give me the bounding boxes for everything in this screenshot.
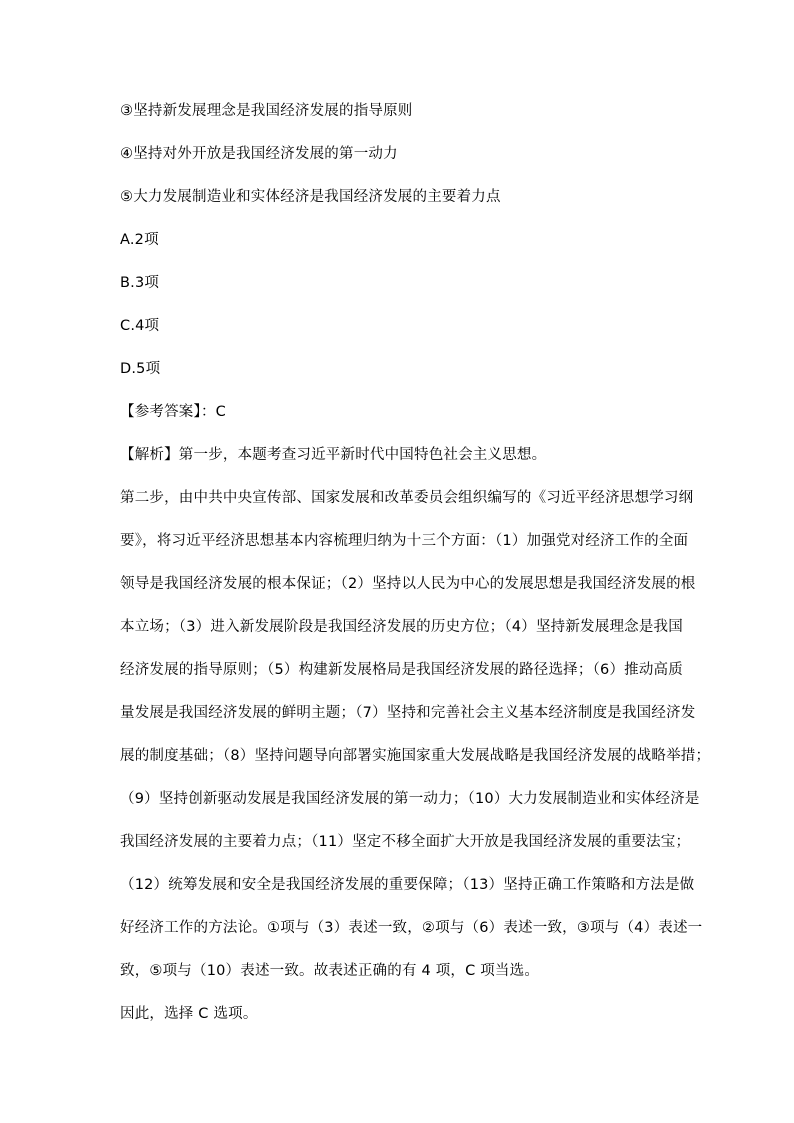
- option-a: A.2项: [120, 219, 684, 262]
- analysis-line: 本立场；（3）进入新发展阶段是我国经济发展的历史方位；（4）坚持新发展理念是我国: [120, 606, 684, 649]
- analysis-line: 我国经济发展的主要着力点；（11）坚定不移全面扩大开放是我国经济发展的重要法宝；: [120, 821, 684, 864]
- analysis-line: 致，⑤项与（10）表述一致。故表述正确的有 4 项，C 项当选。: [120, 950, 684, 993]
- analysis-line: 好经济工作的方法论。①项与（3）表述一致，②项与（6）表述一致，③项与（4）表述…: [120, 907, 684, 950]
- analysis-line: 量发展是我国经济发展的鲜明主题；（7）坚持和完善社会主义基本经济制度是我国经济发: [120, 692, 684, 735]
- analysis-line: 展的制度基础；（8）坚持问题导向部署实施国家重大发展战略是我国经济发展的战略举措…: [120, 735, 684, 778]
- statement-item-3: ③坚持新发展理念是我国经济发展的指导原则: [120, 90, 684, 133]
- option-c: C.4项: [120, 305, 684, 348]
- analysis-line: （12）统筹发展和安全是我国经济发展的重要保障；（13）坚持正确工作策略和方法是…: [120, 864, 684, 907]
- document-page: ③坚持新发展理念是我国经济发展的指导原则 ④坚持对外开放是我国经济发展的第一动力…: [0, 0, 794, 1123]
- analysis-line: 第二步，由中共中央宣传部、国家发展和改革委员会组织编写的《习近平经济思想学习纲: [120, 477, 684, 520]
- statement-item-4: ④坚持对外开放是我国经济发展的第一动力: [120, 133, 684, 176]
- conclusion-line: 因此，选择 C 选项。: [120, 993, 684, 1036]
- option-b: B.3项: [120, 262, 684, 305]
- analysis-line: （9）坚持创新驱动发展是我国经济发展的第一动力；（10）大力发展制造业和实体经济…: [120, 778, 684, 821]
- option-d: D.5项: [120, 348, 684, 391]
- analysis-line: 【解析】第一步，本题考查习近平新时代中国特色社会主义思想。: [120, 434, 684, 477]
- statement-item-5: ⑤大力发展制造业和实体经济是我国经济发展的主要着力点: [120, 176, 684, 219]
- analysis-line: 要》，将习近平经济思想基本内容梳理归纳为十三个方面：（1）加强党对经济工作的全面: [120, 520, 684, 563]
- reference-answer: 【参考答案】：C: [120, 391, 684, 434]
- analysis-line: 领导是我国经济发展的根本保证；（2）坚持以人民为中心的发展思想是我国经济发展的根: [120, 563, 684, 606]
- analysis-line: 经济发展的指导原则；（5）构建新发展格局是我国经济发展的路径选择；（6）推动高质: [120, 649, 684, 692]
